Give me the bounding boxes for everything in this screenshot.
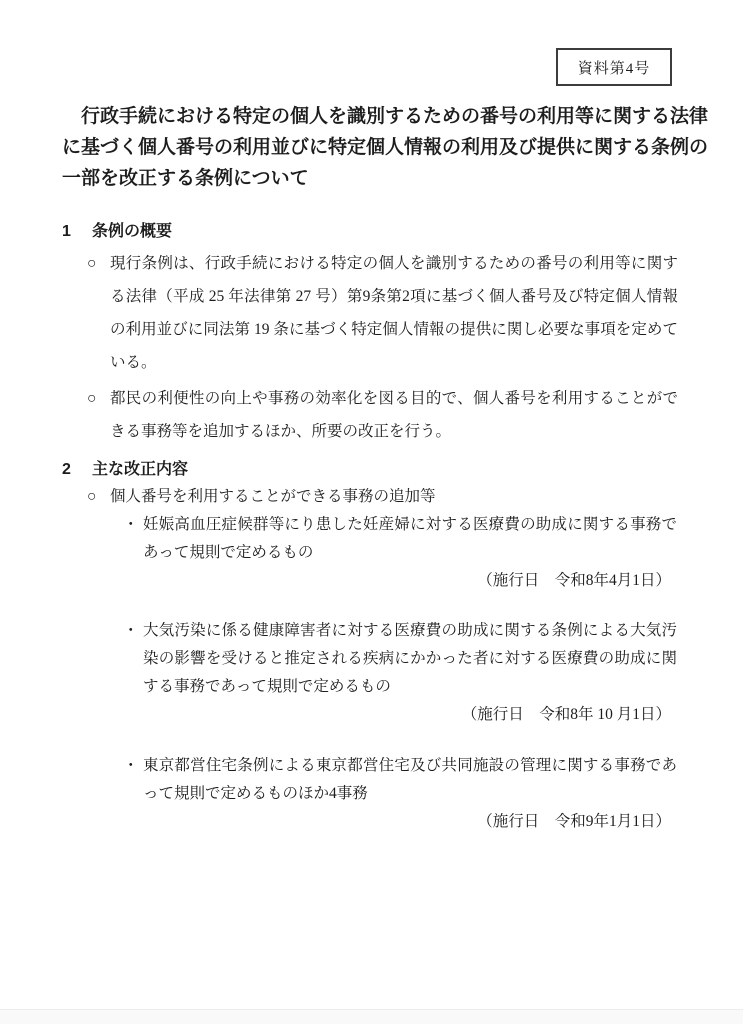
sub-bullet-text: 大気汚染に係る健康障害者に対する医療費の助成に関する条例による大気汚染の影響を受… — [143, 617, 677, 701]
circle-bullet-icon: ○ — [87, 483, 110, 511]
effective-date: （施行日 令和8年 10 月1日） — [143, 701, 677, 729]
sub-bullet-text: 妊娠高血圧症候群等にり患した妊産婦に対する医療費の助成に関する事務であって規則で… — [143, 511, 677, 567]
section-ordinance-overview: 1 条例の概要 ○ 現行条例は、行政手続における特定の個人を識別するための番号の… — [0, 220, 743, 448]
sub-bullet-text: 東京都営住宅条例による東京都営住宅及び共同施設の管理に関する事務であって規則で定… — [143, 752, 677, 808]
title-line-2: に基づく個人番号の利用並びに特定個人情報の利用及び提供に関する条例の — [62, 132, 735, 163]
document-page: 資料第4号 行政手続における特定の個人を識別するための番号の利用等に関する法律 … — [0, 0, 743, 1024]
document-title: 行政手続における特定の個人を識別するための番号の利用等に関する法律 に基づく個人… — [62, 0, 735, 194]
sub-bullet-item: ・ 妊娠高血圧症候群等にり患した妊産婦に対する医療費の助成に関する事務であって規… — [123, 511, 743, 595]
section-heading-row: 1 条例の概要 — [62, 220, 743, 244]
dot-bullet-icon: ・ — [123, 617, 143, 729]
bullet-item: ○ 個人番号を利用することができる事務の追加等 — [87, 483, 743, 511]
document-number-label: 資料第4号 — [578, 57, 651, 78]
sub-bullet-item: ・ 大気汚染に係る健康障害者に対する医療費の助成に関する条例による大気汚染の影響… — [123, 617, 743, 729]
bullet-text: 個人番号を利用することができる事務の追加等 — [110, 483, 678, 511]
section-number: 2 — [62, 458, 92, 482]
section-heading: 主な改正内容 — [92, 458, 188, 482]
section-heading: 条例の概要 — [92, 220, 172, 244]
section-heading-row: 2 主な改正内容 — [62, 458, 743, 482]
bullet-text: 都民の利便性の向上や事務の効率化を図る目的で、個人番号を利用することができる事務… — [110, 382, 678, 448]
sub-bullet-item: ・ 東京都営住宅条例による東京都営住宅及び共同施設の管理に関する事務であって規則… — [123, 752, 743, 836]
bullet-text: 現行条例は、行政手続における特定の個人を識別するための番号の利用等に関する法律（… — [110, 247, 678, 379]
circle-bullet-icon: ○ — [87, 247, 110, 379]
dot-bullet-icon: ・ — [123, 511, 143, 595]
title-line-3: 一部を改正する条例について — [62, 163, 735, 194]
section-main-amendments: 2 主な改正内容 ○ 個人番号を利用することができる事務の追加等 ・ 妊娠高血圧… — [0, 458, 743, 836]
bullet-item: ○ 現行条例は、行政手続における特定の個人を識別するための番号の利用等に関する法… — [87, 247, 743, 379]
effective-date: （施行日 令和9年1月1日） — [143, 808, 677, 836]
section-number: 1 — [62, 220, 92, 244]
title-line-1: 行政手続における特定の個人を識別するための番号の利用等に関する法律 — [62, 101, 735, 132]
page-edge — [0, 1009, 743, 1024]
dot-bullet-icon: ・ — [123, 752, 143, 836]
circle-bullet-icon: ○ — [87, 382, 110, 448]
document-number-box: 資料第4号 — [556, 48, 672, 86]
effective-date: （施行日 令和8年4月1日） — [143, 567, 677, 595]
bullet-item: ○ 都民の利便性の向上や事務の効率化を図る目的で、個人番号を利用することができる… — [87, 382, 743, 448]
